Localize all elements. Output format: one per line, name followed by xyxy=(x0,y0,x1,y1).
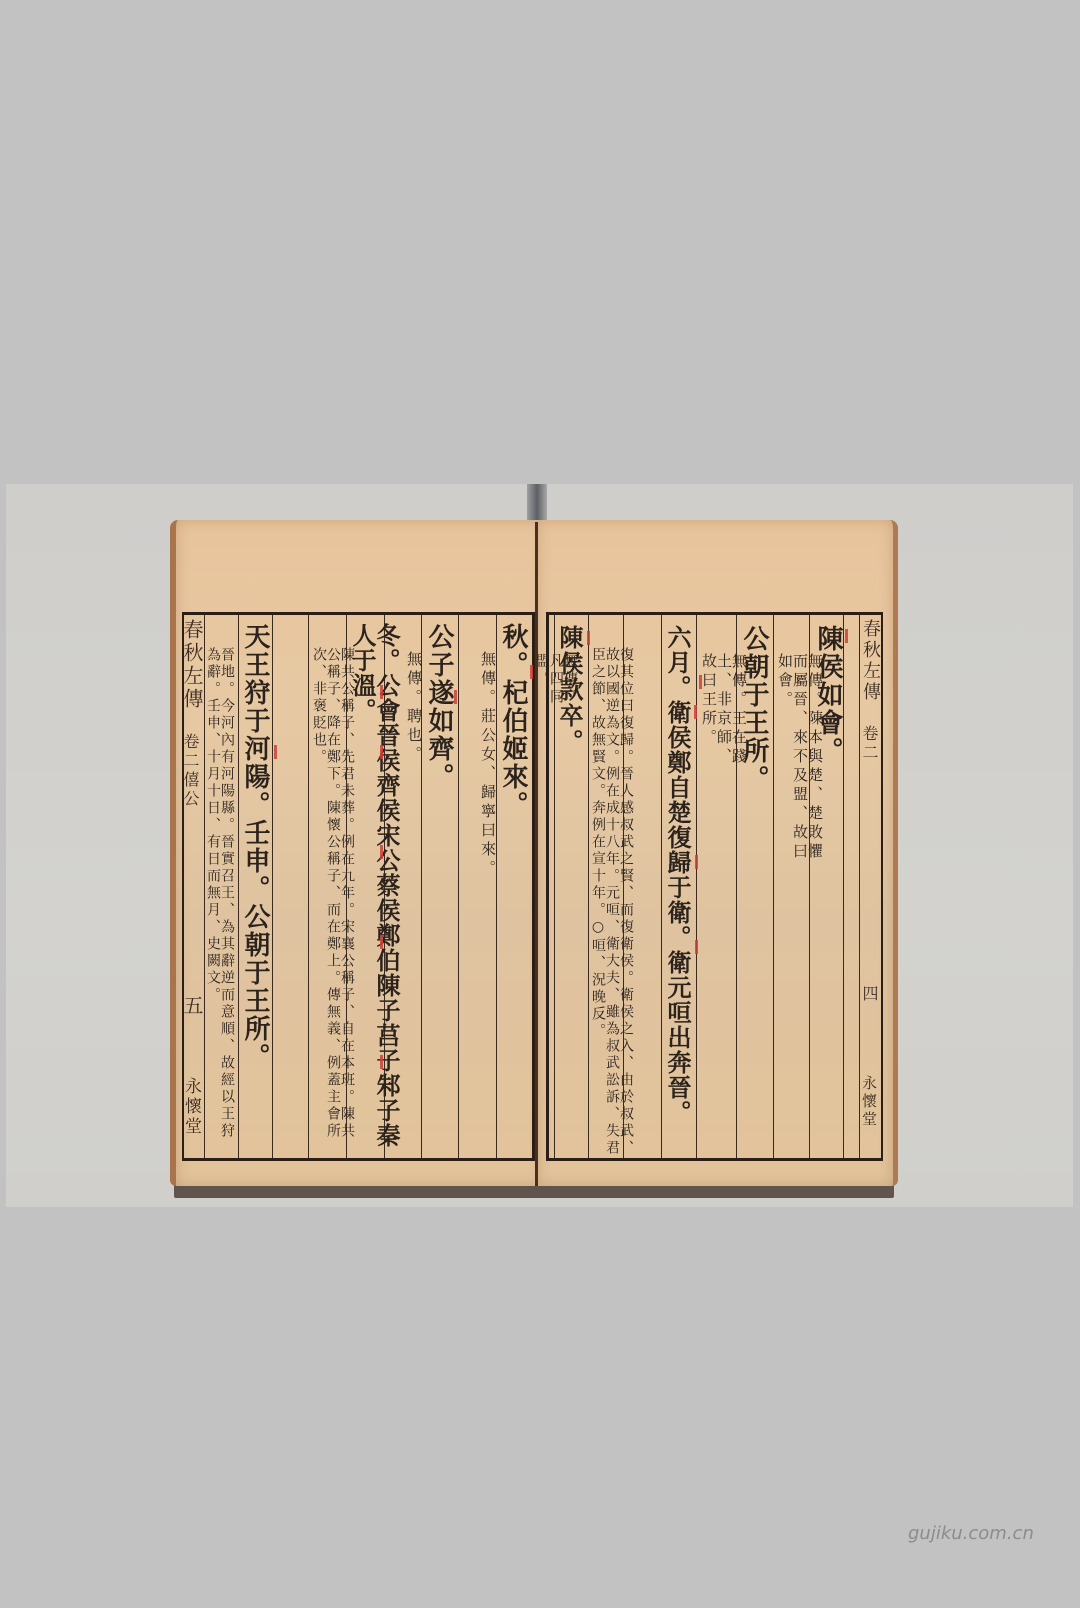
watermark: gujiku.com.cn xyxy=(908,1523,1034,1544)
red-annotation-mark xyxy=(380,1055,383,1069)
text-column-main: 公子遂如齊。 xyxy=(426,623,452,791)
spine-fold xyxy=(535,522,538,1186)
margin-page-number: 四 xyxy=(861,985,877,1004)
text-column-note: 晉地。今河內有河陽縣。晉實召王、為其辭逆而意順、故經以王狩為辭。壬申、十月十日、… xyxy=(206,647,234,1147)
margin-juan: 卷二僖公 xyxy=(182,733,198,809)
text-column-main: 天王狩于河陽。壬申。公朝于王所。 xyxy=(242,623,268,1071)
text-column-note: 無傳。聘也。 xyxy=(406,651,421,765)
column-divider xyxy=(773,615,774,1158)
column-divider xyxy=(696,615,697,1158)
right-page-frame: 陳侯如會。 無傳。陳本與楚、楚敗懼而屬晉、來不及盟、故曰如會。 公朝于王所。 無… xyxy=(546,612,883,1161)
text-column-main: 六月。衛侯鄭自楚復歸于衛。衛元咺出奔晉。 xyxy=(665,625,689,1125)
margin-hall-name: 永懷堂 xyxy=(861,1075,876,1129)
red-annotation-mark xyxy=(695,855,698,869)
text-column-note: 復其位曰復歸。晉人感叔武之賢、而復衛侯。衛侯之入、由於叔武、故以國逆為文。例在成… xyxy=(591,647,633,1167)
margin-juan: 卷二 xyxy=(861,725,877,763)
column-divider xyxy=(458,615,459,1158)
column-divider xyxy=(588,615,589,1158)
red-annotation-mark xyxy=(530,665,533,679)
text-column-note: 無傳。王在踐土、非京師、故曰王所。 xyxy=(701,653,746,773)
red-annotation-mark xyxy=(274,745,277,759)
red-annotation-mark xyxy=(694,705,697,719)
column-divider xyxy=(661,615,662,1158)
red-annotation-mark xyxy=(845,629,848,643)
margin-hall-name: 永懷堂 xyxy=(182,1077,199,1137)
spine-binding xyxy=(527,484,547,524)
text-column-note: 無傳。莊公女、歸寧曰來。 xyxy=(480,651,495,879)
red-annotation-mark xyxy=(380,745,383,759)
column-divider xyxy=(308,615,309,1158)
text-column-note: 陳共公稱子、先君未葬。例在九年。宋襄公稱子、自在本班。陳共公稱子、降在鄭下。陳懷… xyxy=(312,647,354,1147)
text-column-note: 無傳。凡四同盟。 xyxy=(535,653,577,723)
red-annotation-mark xyxy=(695,940,698,954)
red-annotation-mark xyxy=(454,690,457,704)
column-divider xyxy=(843,615,844,1158)
red-annotation-mark xyxy=(699,675,702,689)
red-annotation-mark xyxy=(380,685,383,699)
margin-page-number: 五 xyxy=(182,995,202,1018)
column-divider xyxy=(272,615,273,1158)
column-divider xyxy=(238,615,239,1158)
text-column-main: 秋。杞伯姬來。 xyxy=(500,623,526,819)
margin-title: 春秋左傳 xyxy=(861,619,879,703)
red-annotation-mark xyxy=(380,935,383,949)
margin-title: 春秋左傳 xyxy=(182,619,202,711)
text-column-note: 無傳。陳本與楚、楚敗懼而屬晉、來不及盟、故曰如會。 xyxy=(777,653,822,873)
red-annotation-mark xyxy=(380,845,383,859)
text-column-main: 冬。公會晉侯齊侯宋公蔡侯鄭伯陳子莒子邾子秦人于溫。 xyxy=(350,623,398,1158)
left-page-frame: 春秋左傳 卷二僖公 五 永懷堂 秋。杞伯姬來。 無傳。莊公女、歸寧曰來。 公子遂… xyxy=(182,612,535,1161)
red-annotation-mark xyxy=(587,631,590,645)
